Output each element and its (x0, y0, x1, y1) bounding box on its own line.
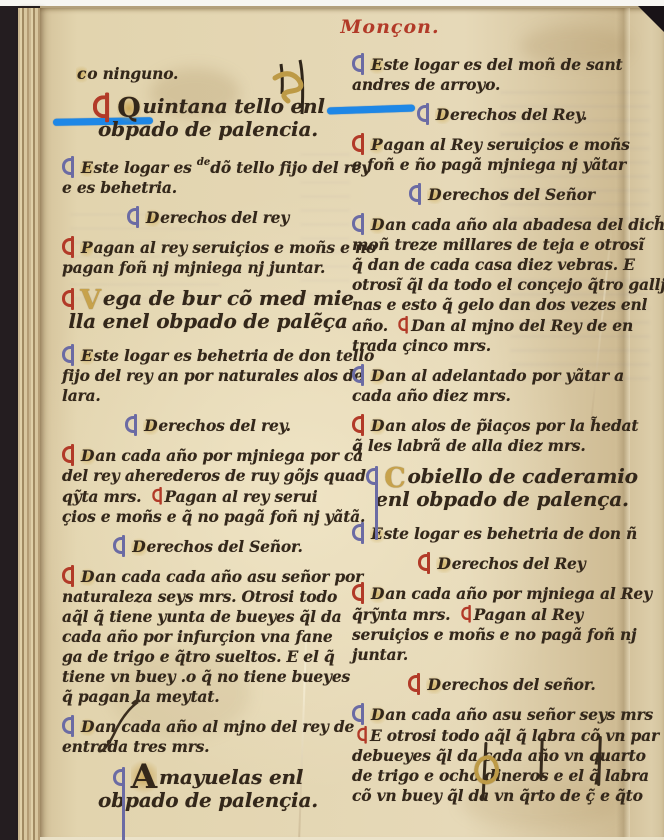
entry-paragraph: Dan cada año asu señor seys mrsE otrosi … (352, 704, 652, 806)
rights-heading: Derechos del rey. (62, 415, 354, 436)
text-run: otrosĩ q̃l da todo el conçejo q̃tro gall… (352, 275, 664, 294)
text-line: naturaleza seys mrs. Otrosi todo (62, 587, 354, 607)
text-line: e foñ e ño pagã mjniega nj yãtar (352, 155, 652, 175)
text-line: Este logar es dedõ tello fijo del rey (62, 153, 354, 178)
text-run: obiello de caderamio (408, 464, 638, 488)
text-line: q̃rỹnta mrs. Pagan al Rey (352, 604, 652, 625)
text-run: Pagan al rey serui (165, 487, 318, 506)
text-line: juntar. (352, 645, 652, 665)
text-run: erechos del Rey (452, 554, 586, 573)
entry-paragraph: Dan cada año por mjniega por cãdel rey a… (62, 445, 354, 527)
gilded-letter: D (145, 208, 160, 227)
gilded-letter: D (426, 675, 441, 694)
text-run: obpado de palençia. (98, 788, 318, 812)
gilded-letter: c (76, 64, 87, 83)
gilded-letter: E (80, 346, 94, 365)
entry-paragraph: Este logar es dedõ tello fijo del reye e… (62, 153, 354, 198)
text-line: del rey aherederos de ruy gõjs quad (62, 466, 354, 486)
pilcrow-red-icon (461, 606, 471, 620)
pilcrow-blue-icon (62, 345, 74, 363)
text-line: E otrosi todo aq̃l q̃ labra cõ vn par (352, 725, 652, 746)
gilded-letter: D (436, 554, 451, 573)
text-run: ga de trigo e q̃tro sueltos. E el q̃ (62, 647, 334, 666)
pilcrow-blue-icon (113, 536, 125, 554)
text-run: erechos del Señor. (147, 537, 303, 556)
text-run: an cada cada año asu señor por (95, 567, 363, 586)
superscript-abbrev: de (197, 157, 210, 168)
rights-heading: Derechos del Señor. (62, 536, 354, 557)
text-run: qỹta mrs. (62, 487, 147, 506)
pilcrow-red-icon (418, 553, 430, 571)
text-run: cada año por infurçion vna fane (62, 627, 333, 646)
text-run: pagan foñ nj mjniega nj juntar. (62, 258, 325, 277)
text-line: Derechos del Rey (352, 553, 652, 574)
entry-paragraph: Este logar es del moñ de santandres de a… (352, 54, 652, 95)
entry-paragraph: Dan al adelantado por yãtar acada año di… (352, 365, 652, 406)
text-line: tiene vn buey .o q̃ no tiene bueyes (62, 667, 354, 687)
gilded-letter: D (370, 584, 385, 603)
text-line: enl obpado de palença. (352, 488, 652, 511)
pilcrow-red-icon (93, 94, 109, 118)
text-run: an cada año asu señor seys mrs (385, 705, 653, 724)
text-line: Derechos del Rey. (352, 104, 652, 125)
gilded-letter: P (370, 135, 383, 154)
text-line: Cobiello de caderamio (352, 465, 652, 488)
text-line: año. Dan al mjno del Rey de en (352, 315, 652, 336)
text-run: año. (352, 316, 393, 335)
text-run: q̃rỹnta mrs. (352, 605, 456, 624)
gilded-letter: E (80, 158, 94, 177)
gilded-letter: P (80, 238, 93, 257)
entry-paragraph: Este logar es behetria de don ñ (352, 523, 652, 544)
pilcrow-blue-icon (352, 54, 364, 72)
text-line: Este logar es behetria de don ñ (352, 523, 652, 544)
pilcrow-red-icon (62, 566, 74, 584)
text-line: Derechos del rey (62, 207, 354, 228)
gilded-letter: D (370, 416, 385, 435)
rights-heading: Derechos del Rey (352, 553, 652, 574)
text-run: e es behetria. (62, 178, 177, 197)
manuscript-scan: Monçon. co ninguno.Quintana tello enlobp… (0, 0, 664, 840)
entry-paragraph: Pagan al rey seruiçios e moñs e nopagan … (62, 237, 354, 278)
text-line: Pagan al Rey seruiçios e moñs (352, 134, 652, 155)
text-line: Dan al adelantado por yãtar a (352, 365, 652, 386)
gilded-letter: D (80, 567, 95, 586)
rights-heading: Derechos del Señor (352, 184, 652, 205)
text-line: pagan foñ nj mjniega nj juntar. (62, 258, 354, 278)
pilcrow-red-icon (152, 488, 162, 502)
pilcrow-red-icon (352, 583, 364, 601)
text-line: çios e moñs e q̃ no pagã foñ nj yãtã. (62, 507, 354, 527)
text-run: q̃ les labrã de alla diez mrs. (352, 436, 586, 455)
pilcrow-blue-icon (352, 523, 364, 541)
pilcrow-blue-icon (409, 184, 421, 202)
pilcrow-blue-icon (125, 415, 137, 433)
text-line: Dan cada cada año asu señor por (62, 566, 354, 587)
text-run: debueyes q̃l da cada año vn quarto (352, 746, 646, 765)
text-line: Dan cada año ala abadesa del dich̃ (352, 214, 652, 235)
gilded-letter: D (427, 185, 442, 204)
text-run: de trigo e ocho dineros e el q̃ labra (352, 766, 649, 785)
text-run: ste logar es (94, 158, 197, 177)
text-line: otrosĩ q̃l da todo el conçejo q̃tro gall… (352, 275, 652, 295)
text-run: juntar. (352, 645, 408, 664)
pilcrow-red-icon (398, 317, 408, 331)
text-line: andres de arroyo. (352, 75, 652, 95)
text-run: naturaleza seys mrs. Otrosi todo (62, 587, 337, 606)
text-run: Pagan al Rey (474, 605, 584, 624)
gilded-letter: D (370, 215, 385, 234)
text-run: cada año diez mrs. (352, 386, 511, 405)
text-run: q̃ dan de cada casa diez vebras. E (352, 255, 635, 274)
place-heading: Cobiello de caderamioenl obpado de palen… (352, 465, 652, 511)
gilded-letter: D (80, 446, 95, 465)
pilcrow-red-icon (408, 674, 420, 692)
text-line: debueyes q̃l da cada año vn quarto (352, 746, 652, 766)
pilcrow-blue-icon (62, 157, 74, 175)
text-run: del rey aherederos de ruy gõjs quad (62, 466, 366, 485)
entry-paragraph: Pagan al Rey seruiçios e moñse foñ e ño … (352, 134, 652, 175)
text-run: andres de arroyo. (352, 75, 500, 94)
text-run: obpado de palencia. (98, 117, 318, 141)
text-run: erechos del Señor (442, 185, 594, 204)
running-title: Monçon. (260, 16, 520, 38)
text-run: ega de bur cõ med mie (103, 286, 354, 310)
text-run: mayuelas enl (159, 765, 303, 789)
text-line: moñ treze millares de teja e otrosĩ (352, 235, 652, 255)
text-line: cada año diez mrs. (352, 386, 652, 406)
entry-paragraph: Dan alos de p̃iaços por la h̃edatq̃ les … (352, 415, 652, 456)
gilded-letter: D (370, 366, 385, 385)
text-run: an alos de p̃iaços por la h̃edat (385, 416, 638, 435)
text-run: trada çinco mrs. (352, 336, 491, 355)
text-line: Pagan al rey seruiçios e moñs e no (62, 237, 354, 258)
rights-heading: Derechos del Rey. (352, 104, 652, 125)
text-run: lla enel obpado de palẽça (68, 309, 347, 333)
text-line: lara. (62, 386, 354, 406)
text-run: an cada año ala abadesa del dich̃ (385, 215, 664, 234)
text-line: Vega de bur cõ med mie (62, 287, 354, 310)
text-run: erechos del rey. (158, 416, 291, 435)
column-right: Este logar es del moñ de santandres de a… (352, 54, 652, 815)
text-run: an cada año por mjniega al Rey (385, 584, 652, 603)
margin-nota-flourish (92, 696, 146, 762)
text-run: an cada año por mjniega por cã (95, 446, 363, 465)
pilcrow-red-icon (62, 237, 74, 255)
knotted-ascender-ornament (268, 58, 314, 116)
text-line: Derechos del Señor. (62, 536, 354, 557)
text-line: Derechos del Señor (352, 184, 652, 205)
rights-heading: Derechos del rey (62, 207, 354, 228)
text-run: cõ vn buey q̃l da vn q̃rto de ç̃ e q̃to (352, 786, 643, 805)
entry-paragraph: Dan cada año por mjniega al Reyq̃rỹnta m… (352, 583, 652, 665)
gilded-letter: D (435, 105, 450, 124)
text-line: Dan cada año asu señor seys mrs (352, 704, 652, 725)
text-run: moñ treze millares de teja e otrosĩ (352, 235, 644, 254)
text-run: aq̃l q̃ tiene yunta de bueyes q̃l da (62, 607, 341, 626)
text-run: ste logar es del moñ de sant (384, 55, 623, 74)
text-line: q̃ les labrã de alla diez mrs. (352, 436, 652, 456)
text-line: obpado de palençia. (62, 789, 354, 812)
text-line: de trigo e ocho dineros e el q̃ labra (352, 766, 652, 786)
gilded-letter: E (370, 55, 384, 74)
text-line: Dan cada año por mjniega por cã (62, 445, 354, 466)
text-run: E otrosi todo aq̃l q̃ labra cõ vn par (370, 726, 659, 745)
pilcrow-red-icon (352, 415, 364, 433)
text-run: Dan al mjno del Rey de en (411, 316, 633, 335)
text-line: nas e esto q̃ gelo dan dos vezes enl (352, 295, 652, 315)
entry-paragraph: Dan cada año ala abadesa del dich̃moñ tr… (352, 214, 652, 356)
pilcrow-blue-icon (352, 214, 364, 232)
entry-paragraph: Este logar es behetria de don tellofijo … (62, 345, 354, 406)
pilcrow-blue-icon (417, 104, 429, 122)
text-line: Este logar es del moñ de sant (352, 54, 652, 75)
rights-heading: Derechos del señor. (352, 674, 652, 695)
pilcrow-red-icon (62, 445, 74, 463)
place-heading: Amayuelas enlobpado de palençia. (62, 766, 354, 812)
text-line: Derechos del rey. (62, 415, 354, 436)
book-page-edges (18, 8, 42, 840)
text-line: e es behetria. (62, 178, 354, 198)
pilcrow-blue-icon (352, 704, 364, 722)
text-line: Amayuelas enl (62, 766, 354, 789)
text-run: tiene vn buey .o q̃ no tiene bueyes (62, 667, 350, 686)
gilded-letter: D (370, 705, 385, 724)
text-run: e foñ e ño pagã mjniega nj yãtar (352, 155, 626, 174)
pilcrow-blue-icon (62, 716, 74, 734)
text-line: fijo del rey an por naturales alos de (62, 366, 354, 386)
place-heading: Vega de bur cõ med miella enel obpado de… (62, 287, 354, 333)
text-line: qỹta mrs. Pagan al rey serui (62, 486, 354, 507)
text-line: Dan alos de p̃iaços por la h̃edat (352, 415, 652, 436)
text-line: Dan cada año por mjniega al Rey (352, 583, 652, 604)
pilcrow-red-icon (357, 727, 367, 741)
gilded-letter: D (143, 416, 158, 435)
pilcrow-blue-icon (366, 467, 378, 485)
text-run: agan al Rey seruiçios e moñs (383, 135, 629, 154)
text-run: çios e moñs e q̃ no pagã foñ nj yãtã. (62, 507, 365, 526)
text-line: cada año por infurçion vna fane (62, 627, 354, 647)
text-line: ga de trigo e q̃tro sueltos. E el q̃ (62, 647, 354, 667)
pilcrow-blue-icon (352, 365, 364, 383)
pilcrow-blue-icon (127, 207, 139, 225)
text-run: enl obpado de palença. (375, 487, 629, 511)
pilcrow-red-icon (352, 134, 364, 152)
text-run: o ninguno. (87, 64, 178, 83)
text-line: q̃ dan de cada casa diez vebras. E (352, 255, 652, 275)
pilcrow-red-icon (62, 289, 74, 307)
text-run: nas e esto q̃ gelo dan dos vezes enl (352, 295, 647, 314)
text-run: fijo del rey an por naturales alos de (62, 366, 363, 385)
text-run: seruiçios e moñs e no pagã foñ nj (352, 625, 636, 644)
text-line: trada çinco mrs. (352, 336, 652, 356)
text-line: aq̃l q̃ tiene yunta de bueyes q̃l da (62, 607, 354, 627)
pilcrow-blue-icon (113, 768, 125, 786)
text-run: ste logar es behetria de don tello (94, 346, 375, 365)
text-line: Este logar es behetria de don tello (62, 345, 354, 366)
text-run: agan al rey seruiçios e moñs e no (93, 238, 376, 257)
text-run: lara. (62, 386, 101, 405)
text-line: seruiçios e moñs e no pagã foñ nj (352, 625, 652, 645)
text-run: ste logar es behetria de don ñ (384, 524, 638, 543)
scan-corner-shadow (638, 6, 664, 32)
text-run: dõ tello fijo del rey (210, 158, 370, 177)
text-run: erechos del Rey. (450, 105, 587, 124)
text-run: erechos del rey (160, 208, 289, 227)
text-run: erechos del señor. (442, 675, 596, 694)
text-line: lla enel obpado de palẽça (62, 310, 354, 333)
text-line: Derechos del señor. (352, 674, 652, 695)
text-line: cõ vn buey q̃l da vn q̃rto de ç̃ e q̃to (352, 786, 652, 806)
text-run: an al adelantado por yãtar a (385, 366, 624, 385)
entry-paragraph: Dan cada cada año asu señor pornaturalez… (62, 566, 354, 707)
gilded-letter: D (131, 537, 146, 556)
